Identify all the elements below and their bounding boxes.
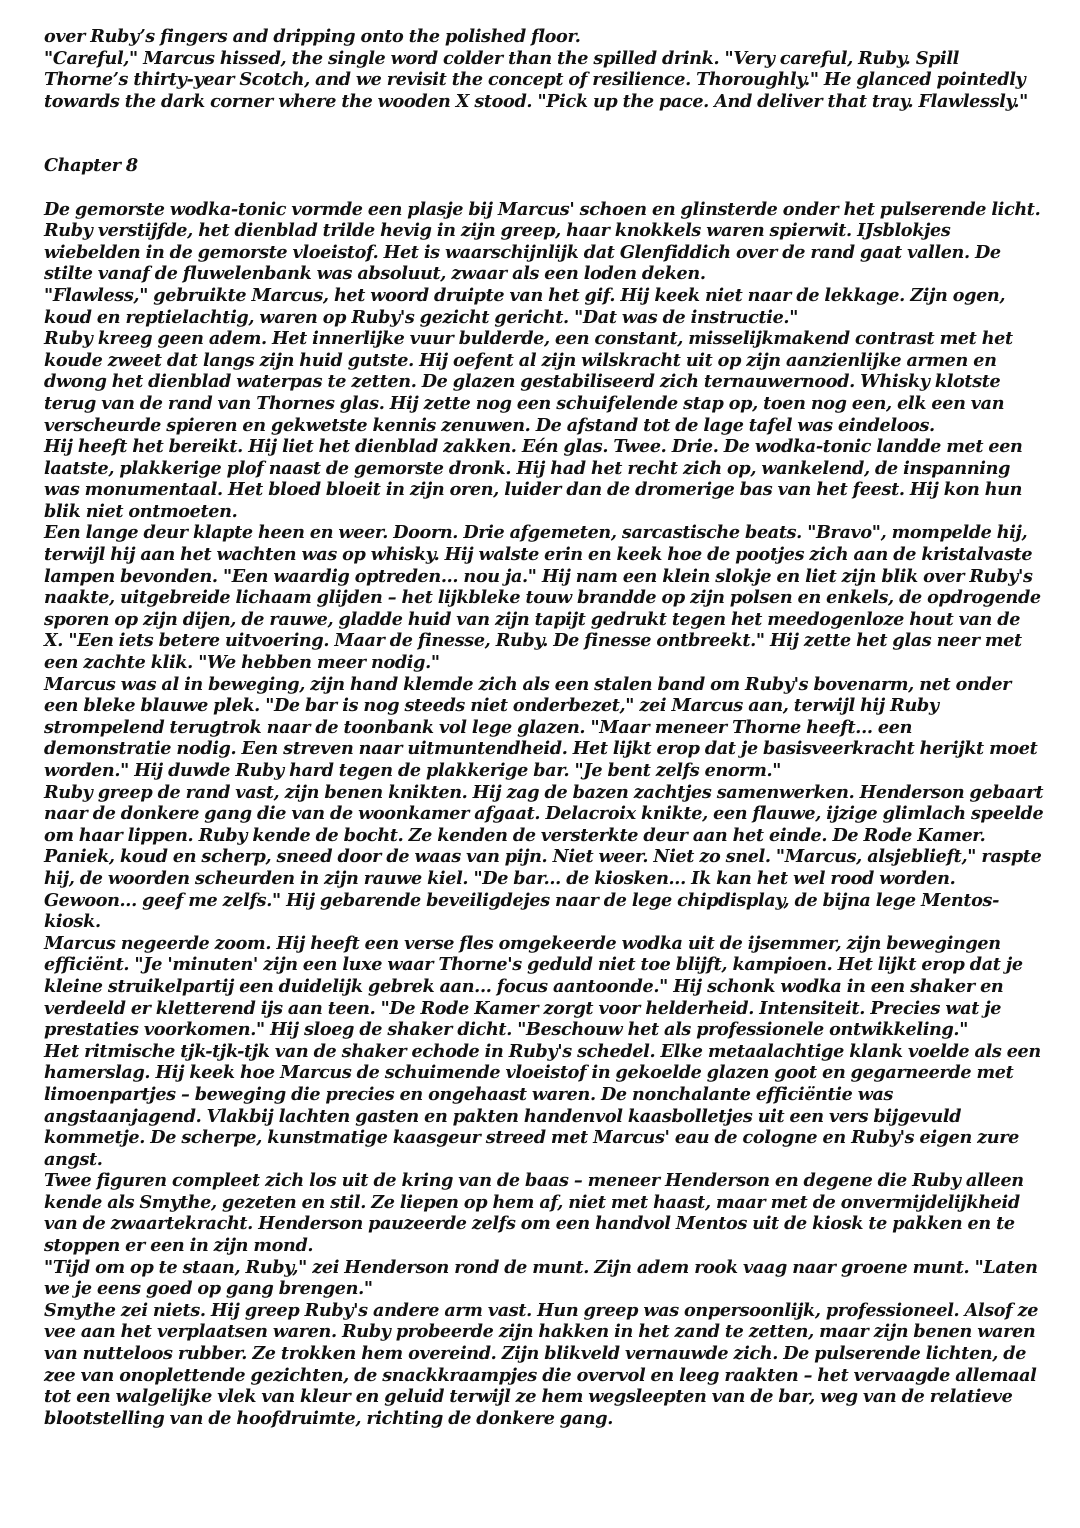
paragraph: Twee figuren compleet zich los uit de kr…: [44, 1170, 1044, 1256]
paragraph: Paniek, koud en scherp, sneed door de wa…: [44, 846, 1044, 932]
paragraph: Smythe zei niets. Hij greep Ruby's ander…: [44, 1300, 1044, 1430]
paragraph: over Ruby’s fingers and dripping onto th…: [44, 26, 1044, 48]
paragraph: Het ritmische tjk-tjk-tjk van de shaker …: [44, 1041, 1044, 1171]
chapter-heading: Chapter 8: [44, 155, 1044, 177]
paragraph: "Tijd om op te staan, Ruby," zei Henders…: [44, 1257, 1044, 1300]
paragraph: Marcus negeerde zoom. Hij heeft een vers…: [44, 933, 1044, 1041]
document-page: over Ruby’s fingers and dripping onto th…: [44, 26, 1044, 1429]
spacer: [44, 112, 1044, 155]
paragraph: Marcus was al in beweging, zijn hand kle…: [44, 674, 1044, 782]
paragraph: "Careful," Marcus hissed, the single wor…: [44, 48, 1044, 113]
paragraph: Een lange deur klapte heen en weer. Door…: [44, 522, 1044, 673]
paragraph: "Flawless," gebruikte Marcus, het woord …: [44, 285, 1044, 328]
paragraph: Hij heeft het bereikt. Hij liet het dien…: [44, 436, 1044, 522]
paragraph: De gemorste wodka-tonic vormde een plasj…: [44, 199, 1044, 285]
spacer: [44, 177, 1044, 199]
paragraph: Ruby kreeg geen adem. Het innerlijke vuu…: [44, 328, 1044, 436]
paragraph: Ruby greep de rand vast, zijn benen knik…: [44, 782, 1044, 847]
